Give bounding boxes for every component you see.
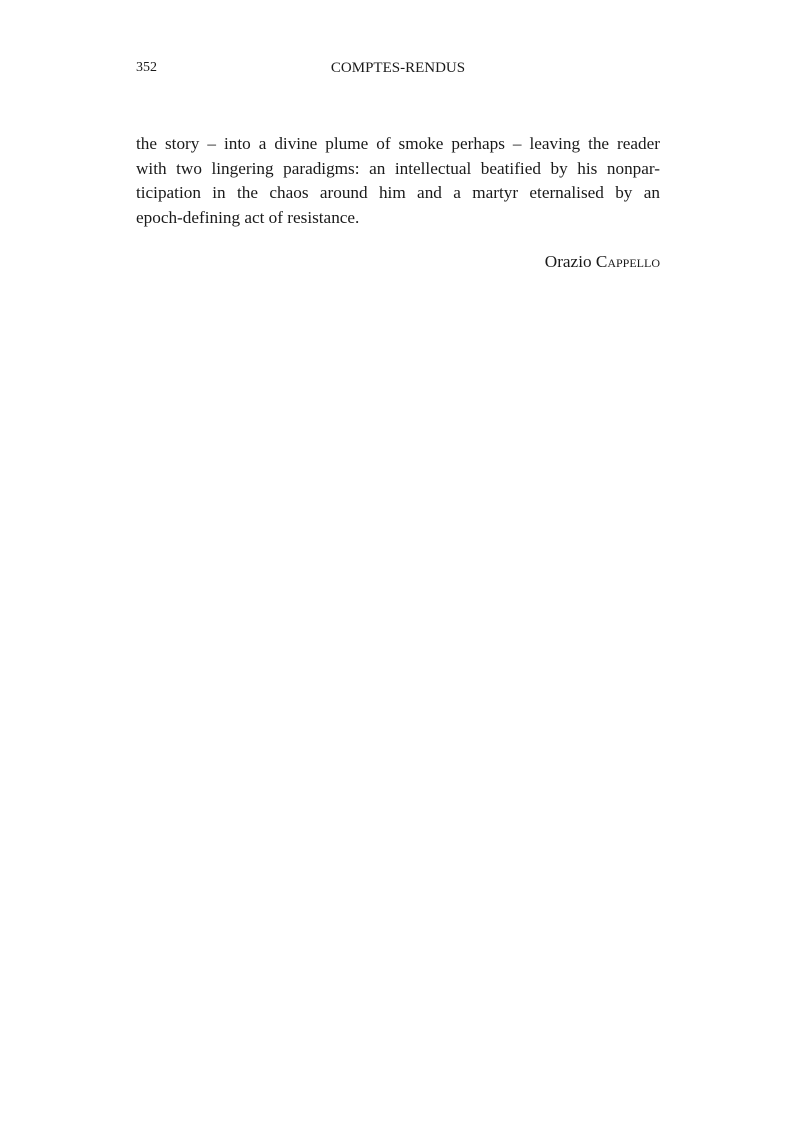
author-first-name: Orazio (545, 252, 592, 271)
text-line: epoch-defining act of resistance. (136, 206, 660, 231)
text-line: the story – into a divine plume of smoke… (136, 132, 660, 157)
text-line: with two lingering paradigms: an intelle… (136, 157, 660, 182)
body-paragraph: the story – into a divine plume of smoke… (136, 132, 660, 230)
text-line: ticipation in the chaos around him and a… (136, 181, 660, 206)
author-surname: Cappello (596, 252, 660, 271)
author-signature: Orazio Cappello (136, 250, 660, 274)
running-head: 352 COMPTES-RENDUS (136, 58, 660, 78)
running-title: COMPTES-RENDUS (136, 58, 660, 78)
